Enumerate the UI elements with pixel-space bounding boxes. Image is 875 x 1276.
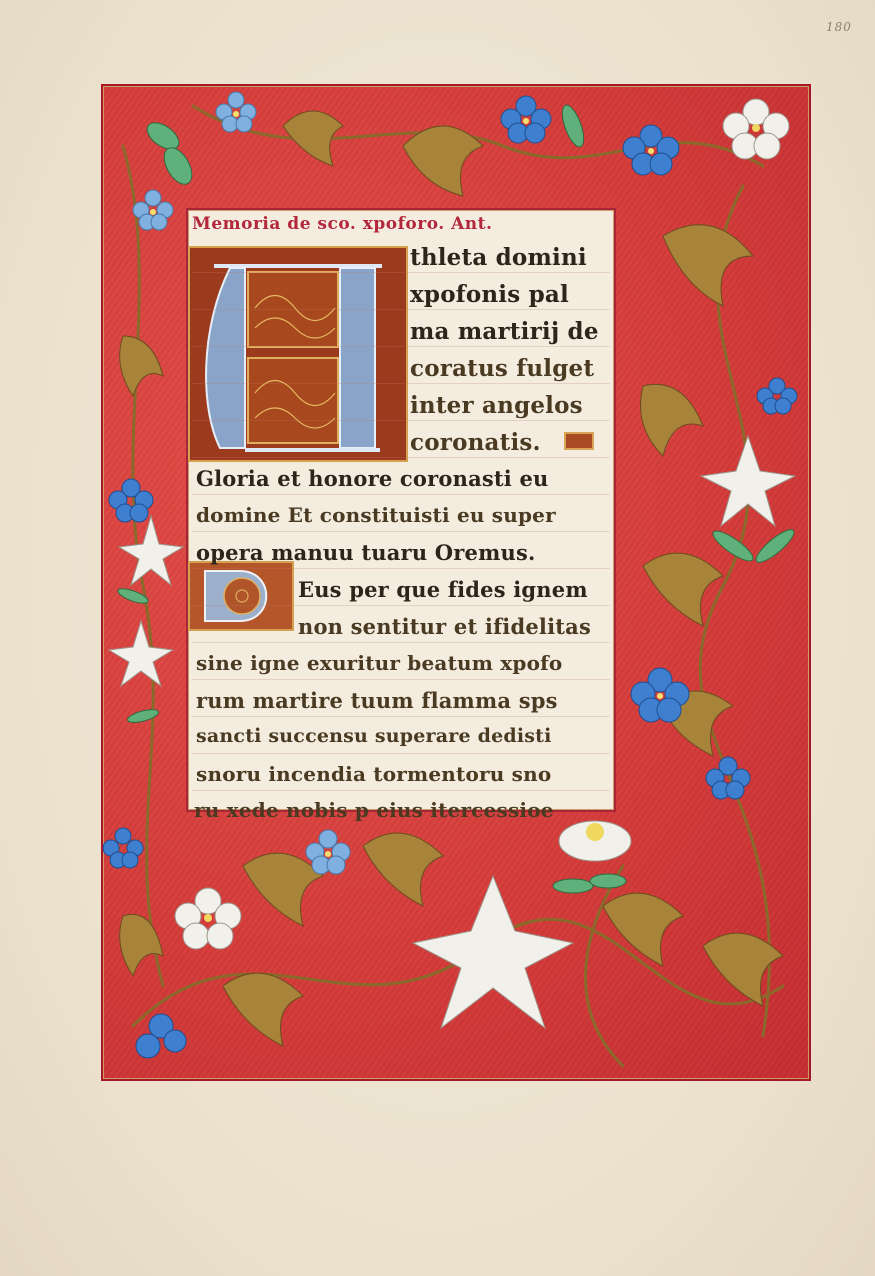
folio-number: 180 (826, 20, 852, 34)
text-line: Gloria et honore coronasti eu (196, 466, 549, 491)
text-line: thleta domini (410, 244, 587, 271)
illuminated-initial-d (188, 561, 294, 631)
letter-d-icon (190, 563, 292, 629)
text-line: sine igne exuritur beatum xpofo (196, 651, 562, 675)
text-line: snoru incendia tormentoru sno (196, 762, 551, 786)
rubric-heading: Memoria de sco. xpoforo. Ant. (188, 214, 618, 234)
letter-a-icon (190, 248, 406, 460)
text-line: opera manuu tuaru Oremus. (196, 540, 536, 565)
text-block: Memoria de sco. xpoforo. Ant. (186, 208, 616, 812)
text-line: xpofonis pal (410, 281, 569, 308)
text-line: coratus fulget (410, 355, 594, 382)
illuminated-initial-a (188, 246, 408, 462)
parchment-page: 180 (0, 0, 875, 1276)
text-line: ru xede nobis p eius itercessioe (194, 798, 554, 822)
text-line: inter angelos (410, 392, 583, 419)
illuminated-border: Memoria de sco. xpoforo. Ant. (101, 84, 811, 1081)
text-line: rum martire tuum flamma sps (196, 688, 558, 713)
text-line: sancti succensu superare dedisti (196, 725, 552, 747)
text-line: domine Et constituisti eu super (196, 503, 556, 527)
text-line: non sentitur et ifidelitas (298, 614, 591, 639)
text-line: Eus per que fides ignem (298, 577, 588, 602)
text-line: ma martirij de (410, 318, 599, 345)
text-line: coronatis. (410, 429, 541, 456)
line-filler (564, 432, 594, 450)
